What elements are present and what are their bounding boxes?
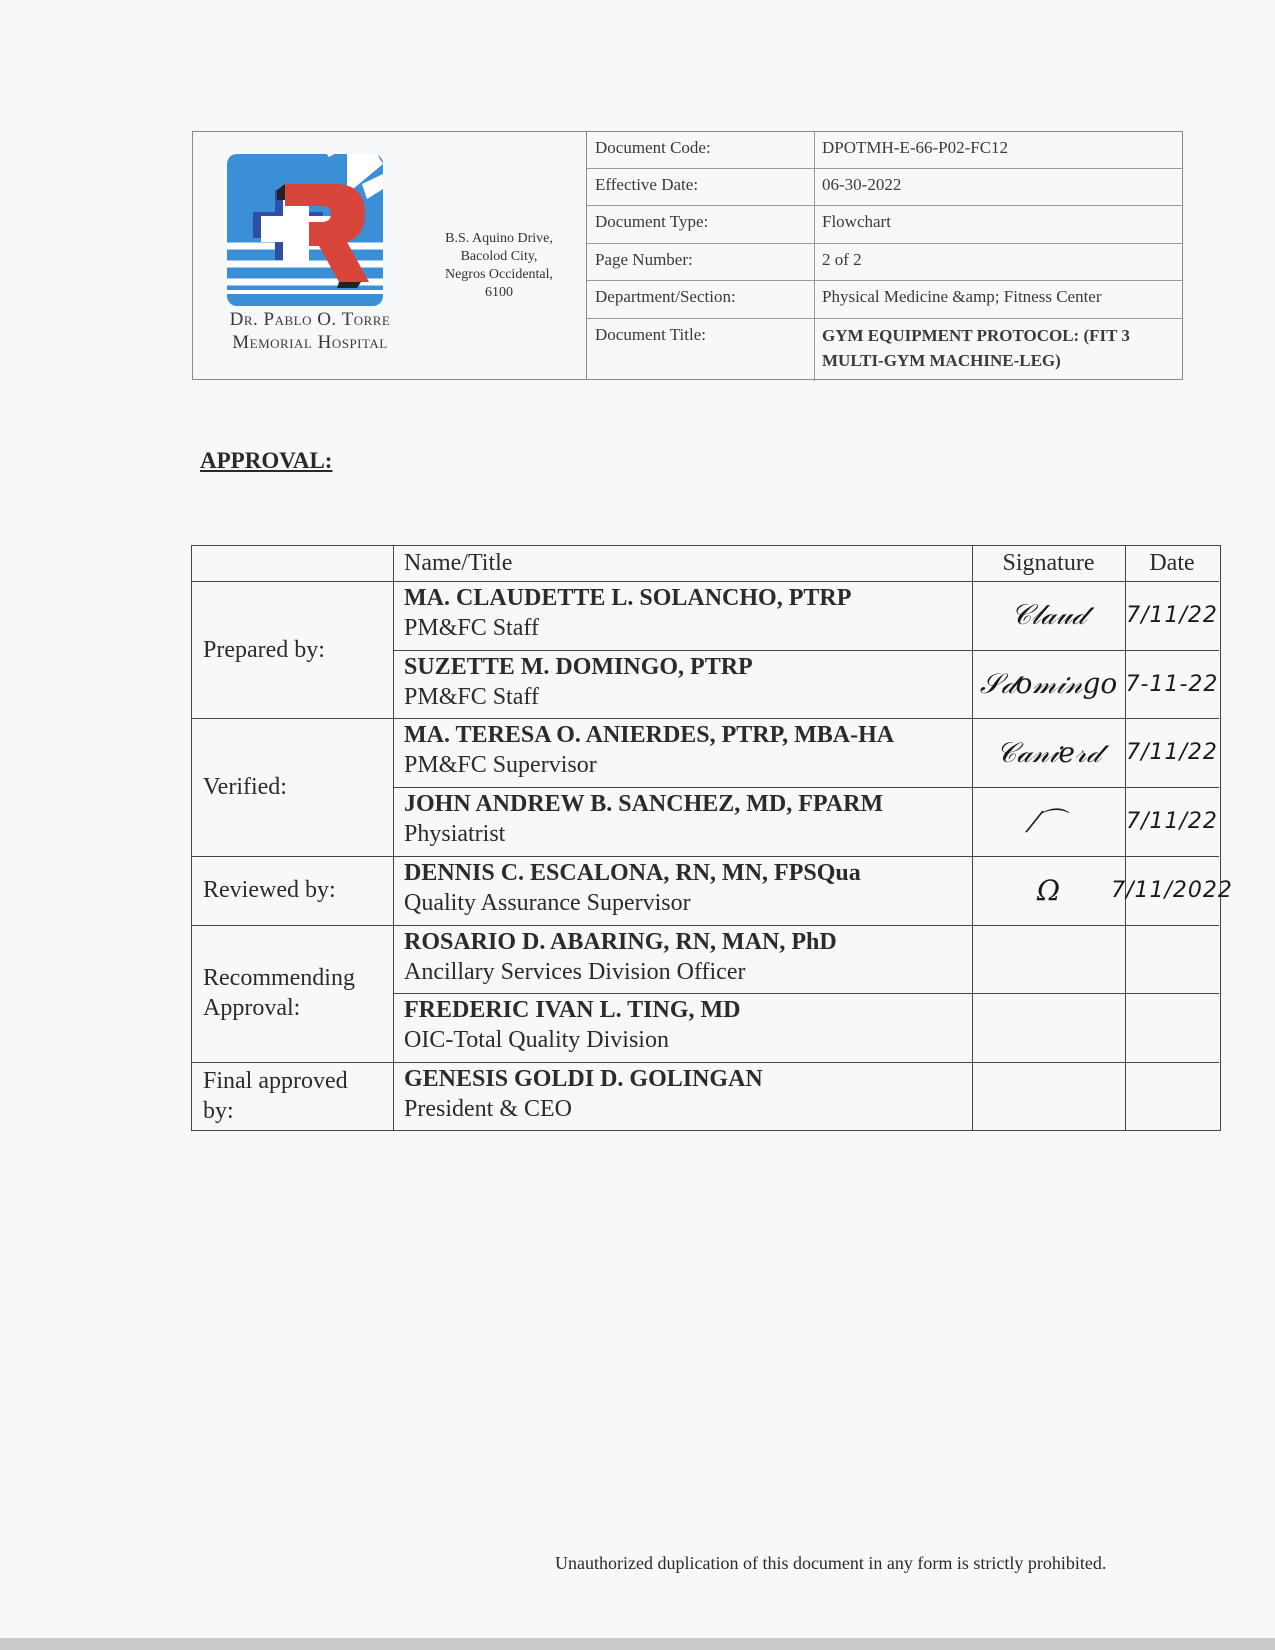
document-header: Dr. Pablo O. Torre Memorial Hospital B.S… [192,131,1183,380]
row-divider [393,787,1219,788]
signature-cell: ⁄⌒ [972,787,1125,856]
approval-role-3: RecommendingApproval: [192,925,393,1062]
signature-cell [972,1062,1125,1131]
approval-heading: APPROVAL: [200,448,332,474]
meta-value: Flowchart [815,206,1182,243]
meta-value: DPOTMH-E-66-P02-FC12 [815,132,1182,168]
signatory: SUZETTE M. DOMINGO, PTRPPM&FC Staff [404,652,971,719]
signature-cell [972,925,1125,994]
role-label: by: [203,1096,393,1126]
signatory-title: OIC-Total Quality Division [404,1025,971,1055]
role-label: Final approved [203,1066,393,1096]
signatory-title: Quality Assurance Supervisor [404,888,971,918]
signature-cell: Ω [972,856,1125,925]
signatory: MA. TERESA O. ANIERDES, PTRP, MBA-HAPM&F… [404,720,971,787]
date-cell: 7/11/22 [1125,718,1219,787]
signatory: JOHN ANDREW B. SANCHEZ, MD, FPARMPhysiat… [404,789,971,856]
approval-role-1: Verified: [192,718,393,855]
meta-value: 06-30-2022 [815,169,1182,205]
date-cell [1125,925,1219,994]
signature-cell: 𝒮𝒹𝑜𝓂𝒾𝓃𝑔𝑜 [972,650,1125,719]
document-meta-table: Document Code: DPOTMH-E-66-P02-FC12 Effe… [587,132,1182,379]
signatory-title: President & CEO [404,1094,971,1124]
date-cell [1125,1062,1219,1131]
approval-role-0: Prepared by: [192,581,393,718]
role-label: Verified: [203,772,393,802]
role-label: Prepared by: [203,635,393,665]
role-label: Approval: [203,993,393,1023]
signatory: ROSARIO D. ABARING, RN, MAN, PhDAncillar… [404,927,971,994]
approval-role-4: Final approvedby: [192,1062,393,1131]
signatory: MA. CLAUDETTE L. SOLANCHO, PTRPPM&FC Sta… [404,583,971,650]
signatory-name: MA. CLAUDETTE L. SOLANCHO, PTRP [404,583,971,613]
date-cell: 7/11/2022 [1125,856,1219,925]
date-cell: 7-11-22 [1125,650,1219,719]
address-line: Bacolod City, [419,248,579,266]
column-header-signature: Signature [972,546,1125,581]
signature-cell [972,993,1125,1062]
meta-row-document-type: Document Type: Flowchart [587,206,1182,244]
row-divider [393,993,1219,994]
column-divider [393,546,394,1130]
meta-row-page-number: Page Number: 2 of 2 [587,244,1182,281]
page-edge [0,1638,1275,1650]
approval-role-2: Reviewed by: [192,856,393,925]
signatory-name: DENNIS C. ESCALONA, RN, MN, FPSQua [404,858,971,888]
signature-cell: 𝒞𝓁𝒶𝓊𝒹 [972,581,1125,650]
signatory-title: Physiatrist [404,819,971,849]
signatory-name: MA. TERESA O. ANIERDES, PTRP, MBA-HA [404,720,971,750]
column-header-date: Date [1125,546,1219,581]
meta-label: Department/Section: [587,281,815,318]
signatory-title: PM&FC Staff [404,682,971,712]
signatory-title: Ancillary Services Division Officer [404,957,971,987]
approval-table: Name/TitleSignatureDatePrepared by:MA. C… [191,545,1221,1131]
document-title: GYM EQUIPMENT PROTOCOL: (FIT 3 MULTI-GYM… [815,319,1182,381]
signatory-name: GENESIS GOLDI D. GOLINGAN [404,1064,971,1094]
address-line: 6100 [419,284,579,302]
date-cell: 7/11/22 [1125,581,1219,650]
signatory-name: FREDERIC IVAN L. TING, MD [404,995,971,1025]
date-cell: 7/11/22 [1125,787,1219,856]
meta-label: Effective Date: [587,169,815,205]
hospital-address: B.S. Aquino Drive, Bacolod City, Negros … [419,230,579,302]
meta-value: 2 of 2 [815,244,1182,280]
meta-label: Document Code: [587,132,815,168]
role-label: Recommending [203,963,393,993]
hospital-branding: Dr. Pablo O. Torre Memorial Hospital B.S… [193,132,587,379]
signatory: GENESIS GOLDI D. GOLINGANPresident & CEO [404,1064,971,1131]
meta-row-document-title: Document Title: GYM EQUIPMENT PROTOCOL: … [587,319,1182,381]
meta-row-effective-date: Effective Date: 06-30-2022 [587,169,1182,206]
meta-label: Page Number: [587,244,815,280]
footer-notice: Unauthorized duplication of this documen… [555,1553,1106,1574]
hospital-cross-r-logo-icon [227,154,383,306]
address-line: B.S. Aquino Drive, [419,230,579,248]
hospital-name: Dr. Pablo O. Torre Memorial Hospital [203,308,417,354]
meta-label: Document Type: [587,206,815,243]
meta-value: Physical Medicine &amp; Fitness Center [815,281,1182,318]
meta-label: Document Title: [587,319,815,381]
signatory: FREDERIC IVAN L. TING, MDOIC-Total Quali… [404,995,971,1062]
hospital-name-line1: Dr. Pablo O. Torre [203,308,417,331]
date-cell [1125,993,1219,1062]
column-header-name-title: Name/Title [393,546,972,581]
signatory-name: JOHN ANDREW B. SANCHEZ, MD, FPARM [404,789,971,819]
signatory-title: PM&FC Staff [404,613,971,643]
signatory-name: ROSARIO D. ABARING, RN, MAN, PhD [404,927,971,957]
signatory-title: PM&FC Supervisor [404,750,971,780]
meta-row-department: Department/Section: Physical Medicine &a… [587,281,1182,319]
signatory: DENNIS C. ESCALONA, RN, MN, FPSQuaQualit… [404,858,971,925]
meta-row-document-code: Document Code: DPOTMH-E-66-P02-FC12 [587,132,1182,169]
signatory-name: SUZETTE M. DOMINGO, PTRP [404,652,971,682]
role-label: Reviewed by: [203,875,393,905]
signature-cell: 𝒞𝒶𝓃𝒾𝑒𝓇𝒹 [972,718,1125,787]
hospital-name-line2: Memorial Hospital [203,331,417,354]
address-line: Negros Occidental, [419,266,579,284]
row-divider [393,650,1219,651]
